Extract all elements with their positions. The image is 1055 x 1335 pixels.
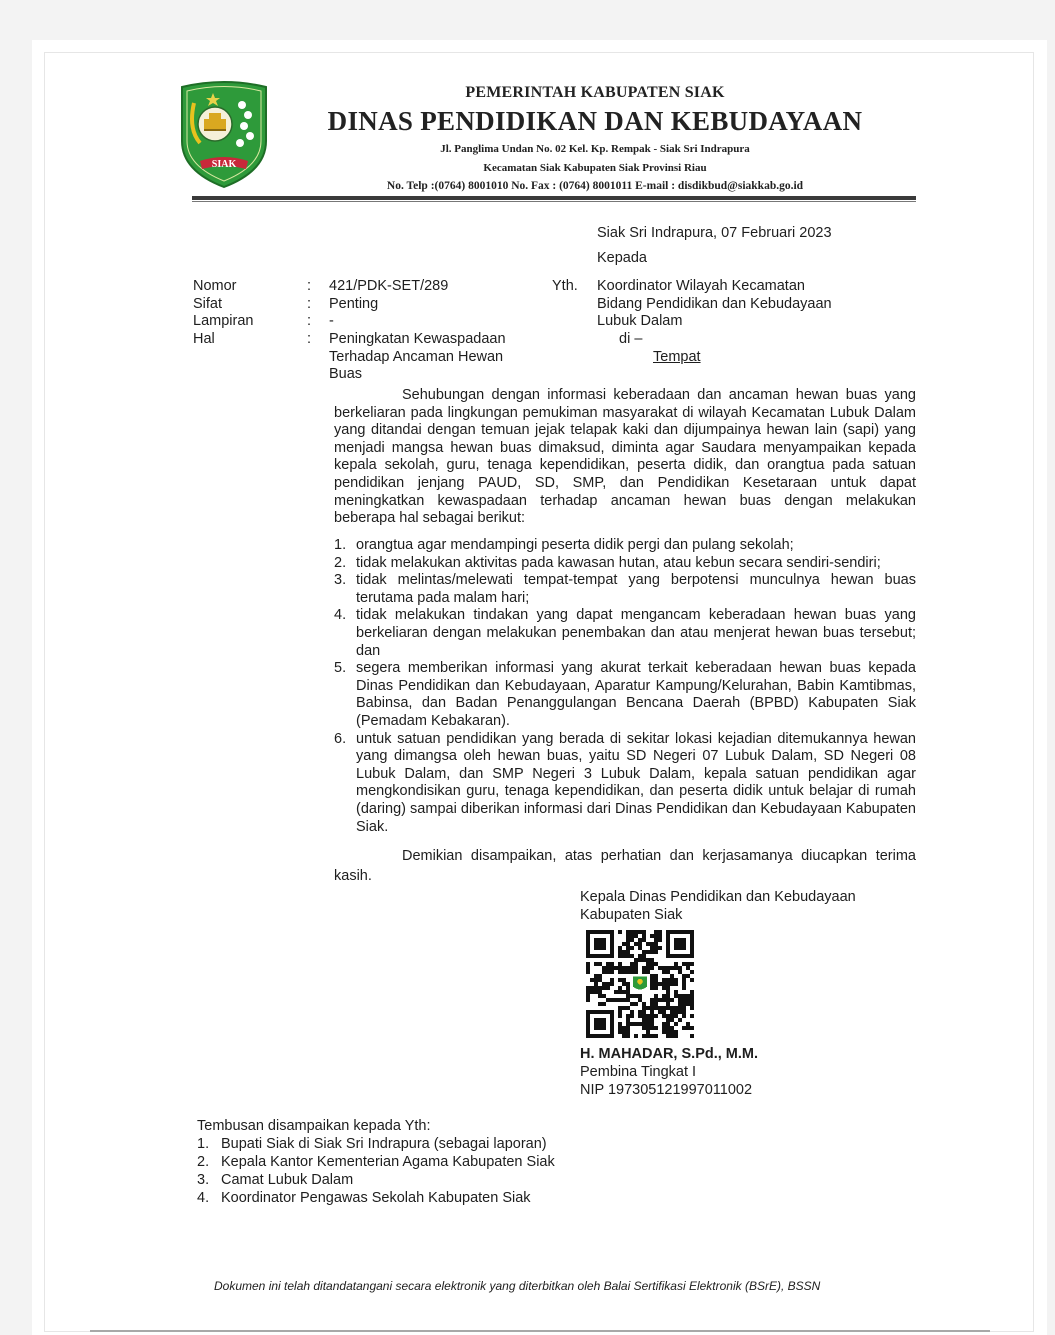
meta-sep: :: [307, 331, 311, 349]
contact-line: No. Telp :(0764) 8001010 No. Fax : (0764…: [300, 178, 880, 194]
list-item: 3.Camat Lubuk Dalam: [197, 1171, 555, 1189]
qr-code-icon: [586, 930, 694, 1038]
list-item: 1.orangtua agar mendampingi peserta didi…: [334, 537, 916, 555]
instructions-list: 1.orangtua agar mendampingi peserta didi…: [334, 537, 916, 836]
recipient-tempat: Tempat: [653, 349, 701, 367]
address-line-1: Jl. Panglima Undan No. 02 Kel. Kp. Rempa…: [300, 140, 880, 159]
meta-sep: :: [307, 296, 311, 314]
body-opening-paragraph: Sehubungan dengan informasi keberadaan d…: [334, 387, 916, 528]
siak-emblem-icon: SIAK: [178, 79, 270, 189]
agency-name: DINAS PENDIDIKAN DAN KEBUDAYAAN: [300, 106, 880, 140]
tembusan-section: Tembusan disampaikan kepada Yth: 1.Bupat…: [197, 1117, 555, 1207]
letterhead: PEMERINTAH KABUPATEN SIAK DINAS PENDIDIK…: [300, 84, 880, 194]
recipient-prefix: Yth.: [552, 278, 578, 296]
recipient-line: Bidang Pendidikan dan Kebudayaan: [597, 296, 832, 314]
meta-label-nomor: Nomor: [193, 278, 237, 296]
tembusan-heading: Tembusan disampaikan kepada Yth:: [197, 1117, 555, 1135]
list-item: 2.Kepala Kantor Kementerian Agama Kabupa…: [197, 1153, 555, 1171]
recipient-line: Lubuk Dalam: [597, 313, 682, 331]
recipient-line: Koordinator Wilayah Kecamatan: [597, 278, 805, 296]
signer-title: Kabupaten Siak: [580, 907, 682, 925]
meta-value-lampiran: -: [329, 313, 334, 331]
meta-value-nomor: 421/PDK-SET/289: [329, 278, 448, 296]
meta-sep: :: [307, 313, 311, 331]
list-item: 3.tidak melintas/melewati tempat-tempat …: [334, 572, 916, 607]
list-item: 5.segera memberikan informasi yang akura…: [334, 660, 916, 730]
kepada-label: Kepada: [597, 250, 647, 268]
meta-label-lampiran: Lampiran: [193, 313, 253, 331]
meta-label-hal: Hal: [193, 331, 215, 349]
list-item: 6.untuk satuan pendidikan yang berada di…: [334, 731, 916, 837]
list-item: 4.Koordinator Pengawas Sekolah Kabupaten…: [197, 1189, 555, 1207]
page-scroll-indicator[interactable]: [90, 1330, 990, 1332]
list-item: 2.tidak melakukan aktivitas pada kawasan…: [334, 555, 916, 573]
meta-label-sifat: Sifat: [193, 296, 222, 314]
signer-name: H. MAHADAR, S.Pd., M.M.: [580, 1046, 758, 1064]
letterhead-rule-thin: [192, 201, 916, 202]
meta-value-hal: Buas: [329, 366, 362, 384]
meta-value-hal: Peningkatan Kewaspadaan: [329, 331, 506, 349]
meta-value-hal: Terhadap Ancaman Hewan: [329, 349, 503, 367]
e-signature-footnote: Dokumen ini telah ditandatangani secara …: [214, 1279, 874, 1293]
date-place: Siak Sri Indrapura, 07 Februari 2023: [597, 225, 832, 243]
list-item: 1.Bupati Siak di Siak Sri Indrapura (seb…: [197, 1135, 555, 1153]
meta-sep: :: [307, 278, 311, 296]
signer-title: Kepala Dinas Pendidikan dan Kebudayaan: [580, 889, 856, 907]
signer-nip: NIP 197305121997011002: [580, 1082, 752, 1100]
recipient-di: di –: [619, 331, 642, 349]
government-name: PEMERINTAH KABUPATEN SIAK: [300, 84, 880, 106]
list-item: 4.tidak melakukan tindakan yang dapat me…: [334, 607, 916, 660]
meta-value-sifat: Penting: [329, 296, 378, 314]
letterhead-rule: [192, 196, 916, 200]
address-line-2: Kecamatan Siak Kabupaten Siak Provinsi R…: [300, 159, 880, 178]
closing-paragraph: Demikian disampaikan, atas perhatian dan…: [334, 846, 916, 886]
svg-text:SIAK: SIAK: [212, 159, 237, 170]
signer-rank: Pembina Tingkat I: [580, 1064, 696, 1082]
